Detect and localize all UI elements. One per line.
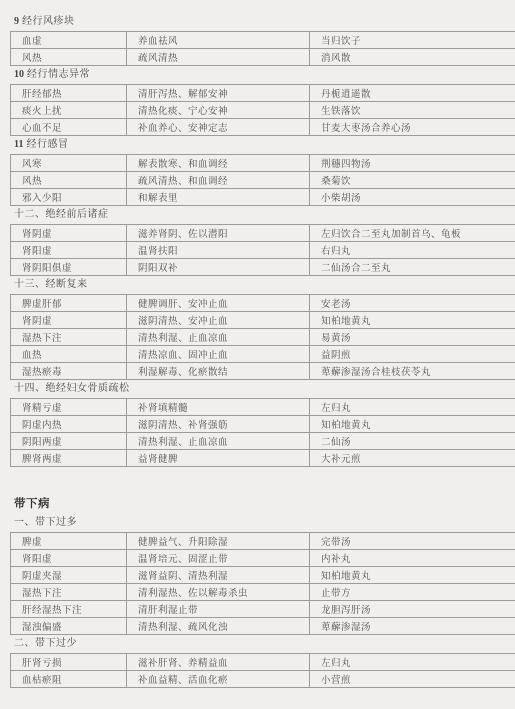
formula-cell: 小柴胡汤: [310, 189, 515, 206]
syndrome-cell: 肝肾亏损: [11, 654, 127, 671]
table-row: 痰火上扰清热化痰、宁心安神生铁落饮: [11, 102, 515, 119]
syndrome-cell: 血虚: [11, 32, 127, 49]
syndrome-cell: 湿热瘀毒: [11, 363, 127, 380]
formula-cell: 左归丸: [310, 399, 515, 416]
treatment-cell: 疏风清热: [127, 49, 310, 66]
treatment-cell: 补肾填精髓: [127, 399, 310, 416]
table-row: 风寒解表散寒、和血调经荆穗四物汤: [11, 155, 515, 172]
treatment-cell: 健脾调肝、安冲止血: [127, 295, 310, 312]
treatment-cell: 清热利湿、疏风化浊: [127, 618, 310, 635]
treatment-cell: 阴阳双补: [127, 259, 310, 276]
formula-cell: 萆薢渗湿汤: [310, 618, 515, 635]
formula-cell: 益阴煎: [310, 346, 515, 363]
syndrome-cell: 肾精亏虚: [11, 399, 127, 416]
formula-cell: 知柏地黄丸: [310, 416, 515, 433]
syndrome-cell: 湿热下注: [11, 329, 127, 346]
table-row: 风热疏风清热消风散: [11, 49, 515, 66]
syndrome-cell: 肾阴阳俱虚: [11, 259, 127, 276]
treatment-cell: 清肝利湿止带: [127, 601, 310, 618]
section-heading: 十四、绝经妇女骨质疏松: [14, 383, 503, 394]
section-title: 十三、经断复来: [14, 279, 88, 290]
formula-cell: 左归饮合二至丸加制首乌、龟板: [310, 225, 515, 242]
formula-cell: 二仙汤: [310, 433, 515, 450]
table-row: 湿热瘀毒利湿解毒、化瘀散结萆薢渗湿汤合桂枝茯苓丸: [11, 363, 515, 380]
formula-cell: 知柏地黄丸: [310, 567, 515, 584]
formula-cell: 甘麦大枣汤合养心汤: [310, 119, 515, 136]
treatment-cell: 滋阴清热、补肾强筋: [127, 416, 310, 433]
table-row: 阴虚内热滋阴清热、补肾强筋知柏地黄丸: [11, 416, 515, 433]
table-row: 肾精亏虚补肾填精髓左归丸: [11, 399, 515, 416]
formula-cell: 桑菊饮: [310, 172, 515, 189]
treatment-cell: 滋养肾阴、佐以潜阳: [127, 225, 310, 242]
section-heading: 10 经行情志异常: [14, 69, 503, 80]
table-row: 风热疏风清热、和血调经桑菊饮: [11, 172, 515, 189]
table-row: 肝经湿热下注清肝利湿止带龙胆泻肝汤: [11, 601, 515, 618]
section-heading: 十二、绝经前后诸症: [14, 209, 503, 220]
section-number: 11: [14, 139, 23, 150]
section-number: 10: [14, 69, 24, 80]
section-title: 二、带下过少: [14, 638, 77, 649]
syndrome-cell: 阴虚内热: [11, 416, 127, 433]
table-row: 肝经郁热清肝泻热、解郁安神丹栀逍遥散: [11, 85, 515, 102]
treatment-cell: 温肾培元、固涩止带: [127, 550, 310, 567]
treatment-cell: 解表散寒、和血调经: [127, 155, 310, 172]
formula-cell: 止带方: [310, 584, 515, 601]
syndrome-cell: 脾肾两虚: [11, 450, 127, 467]
formula-cell: 当归饮子: [310, 32, 515, 49]
table-row: 湿浊偏盛清热利湿、疏风化浊萆薢渗湿汤: [11, 618, 515, 635]
formula-cell: 右归丸: [310, 242, 515, 259]
table-row: 湿热下注清热利湿、止血凉血易黄汤: [11, 329, 515, 346]
syndrome-formula-table: 脾虚肝郁健脾调肝、安冲止血安老汤肾阴虚滋阴清热、安冲止血知柏地黄丸湿热下注清热利…: [10, 294, 515, 380]
syndrome-cell: 肝经湿热下注: [11, 601, 127, 618]
formula-cell: 内补丸: [310, 550, 515, 567]
syndrome-formula-table: 肝肾亏损滋补肝肾、养精益血左归丸血枯瘀阻补血益精、活血化瘀小营煎: [10, 653, 515, 688]
syndrome-cell: 肝经郁热: [11, 85, 127, 102]
document-page: 9 经行风疹块血虚养血祛风当归饮子风热疏风清热消风散10 经行情志异常肝经郁热清…: [0, 0, 515, 709]
syndrome-cell: 肾阳虚: [11, 242, 127, 259]
chapter-heading: 带下病: [14, 498, 503, 511]
syndrome-cell: 风寒: [11, 155, 127, 172]
formula-cell: 消风散: [310, 49, 515, 66]
syndrome-cell: 湿浊偏盛: [11, 618, 127, 635]
syndrome-cell: 风热: [11, 172, 127, 189]
treatment-cell: 利湿解毒、化瘀散结: [127, 363, 310, 380]
treatment-cell: 补血益精、活血化瘀: [127, 671, 310, 688]
syndrome-cell: 痰火上扰: [11, 102, 127, 119]
syndrome-cell: 阴阳两虚: [11, 433, 127, 450]
table-row: 血热清热凉血、固冲止血益阴煎: [11, 346, 515, 363]
syndrome-formula-table: 风寒解表散寒、和血调经荆穗四物汤风热疏风清热、和血调经桑菊饮邪入少阳和解表里小柴…: [10, 154, 515, 206]
section-title: 十四、绝经妇女骨质疏松: [14, 383, 130, 394]
treatment-cell: 滋肾益阴、清热利湿: [127, 567, 310, 584]
syndrome-cell: 风热: [11, 49, 127, 66]
table-row: 肾阴阳俱虚阴阳双补二仙汤合二至丸: [11, 259, 515, 276]
section-title: 一、带下过多: [14, 517, 77, 528]
syndrome-formula-table: 血虚养血祛风当归饮子风热疏风清热消风散: [10, 31, 515, 66]
treatment-cell: 和解表里: [127, 189, 310, 206]
treatment-cell: 清肝泻热、解郁安神: [127, 85, 310, 102]
formula-cell: 安老汤: [310, 295, 515, 312]
section-heading: 11 经行感冒: [14, 139, 503, 150]
section-heading: 9 经行风疹块: [14, 16, 503, 27]
formula-cell: 易黄汤: [310, 329, 515, 346]
section-title: 十二、绝经前后诸症: [14, 209, 109, 220]
treatment-cell: 养血祛风: [127, 32, 310, 49]
treatment-cell: 滋补肝肾、养精益血: [127, 654, 310, 671]
syndrome-cell: 心血不足: [11, 119, 127, 136]
treatment-cell: 温肾扶阳: [127, 242, 310, 259]
treatment-cell: 清热利湿、止血凉血: [127, 329, 310, 346]
formula-cell: 小营煎: [310, 671, 515, 688]
table-row: 肾阳虚温肾培元、固涩止带内补丸: [11, 550, 515, 567]
syndrome-formula-table: 肝经郁热清肝泻热、解郁安神丹栀逍遥散痰火上扰清热化痰、宁心安神生铁落饮心血不足补…: [10, 84, 515, 136]
section-number: 9: [14, 16, 19, 27]
syndrome-formula-table: 肾精亏虚补肾填精髓左归丸阴虚内热滋阴清热、补肾强筋知柏地黄丸阴阳两虚清热利湿、止…: [10, 398, 515, 467]
syndrome-cell: 血枯瘀阻: [11, 671, 127, 688]
formula-cell: 大补元煎: [310, 450, 515, 467]
treatment-cell: 清热化痰、宁心安神: [127, 102, 310, 119]
table-row: 肝肾亏损滋补肝肾、养精益血左归丸: [11, 654, 515, 671]
section-heading: 十三、经断复来: [14, 279, 503, 290]
syndrome-cell: 肾阴虚: [11, 225, 127, 242]
section-title: 带下病: [14, 498, 50, 510]
formula-cell: 龙胆泻肝汤: [310, 601, 515, 618]
treatment-cell: 清利湿热、佐以解毒杀虫: [127, 584, 310, 601]
table-row: 脾虚健脾益气、升阳除湿完带汤: [11, 533, 515, 550]
syndrome-cell: 脾虚: [11, 533, 127, 550]
treatment-cell: 清热凉血、固冲止血: [127, 346, 310, 363]
treatment-cell: 清热利湿、止血凉血: [127, 433, 310, 450]
section-heading: 一、带下过多: [14, 517, 503, 528]
table-row: 肾阴虚滋养肾阴、佐以潜阳左归饮合二至丸加制首乌、龟板: [11, 225, 515, 242]
section-title: 经行感冒: [26, 139, 68, 150]
table-row: 邪入少阳和解表里小柴胡汤: [11, 189, 515, 206]
treatment-cell: 健脾益气、升阳除湿: [127, 533, 310, 550]
formula-cell: 完带汤: [310, 533, 515, 550]
formula-cell: 荆穗四物汤: [310, 155, 515, 172]
formula-cell: 生铁落饮: [310, 102, 515, 119]
syndrome-cell: 血热: [11, 346, 127, 363]
formula-cell: 萆薢渗湿汤合桂枝茯苓丸: [310, 363, 515, 380]
syndrome-cell: 湿热下注: [11, 584, 127, 601]
syndrome-cell: 阴虚夹湿: [11, 567, 127, 584]
table-row: 阴阳两虚清热利湿、止血凉血二仙汤: [11, 433, 515, 450]
table-row: 肾阳虚温肾扶阳右归丸: [11, 242, 515, 259]
formula-cell: 知柏地黄丸: [310, 312, 515, 329]
table-row: 心血不足补血养心、安神定志甘麦大枣汤合养心汤: [11, 119, 515, 136]
table-row: 阴虚夹湿滋肾益阴、清热利湿知柏地黄丸: [11, 567, 515, 584]
table-row: 脾肾两虚益肾健脾大补元煎: [11, 450, 515, 467]
syndrome-cell: 脾虚肝郁: [11, 295, 127, 312]
syndrome-cell: 邪入少阳: [11, 189, 127, 206]
treatment-cell: 疏风清热、和血调经: [127, 172, 310, 189]
treatment-cell: 滋阴清热、安冲止血: [127, 312, 310, 329]
table-row: 脾虚肝郁健脾调肝、安冲止血安老汤: [11, 295, 515, 312]
formula-cell: 二仙汤合二至丸: [310, 259, 515, 276]
treatment-cell: 益肾健脾: [127, 450, 310, 467]
formula-cell: 左归丸: [310, 654, 515, 671]
syndrome-cell: 肾阳虚: [11, 550, 127, 567]
section-title: 经行情志异常: [27, 69, 90, 80]
syndrome-formula-table: 脾虚健脾益气、升阳除湿完带汤肾阳虚温肾培元、固涩止带内补丸阴虚夹湿滋肾益阴、清热…: [10, 532, 515, 635]
section-heading: 二、带下过少: [14, 638, 503, 649]
table-row: 血枯瘀阻补血益精、活血化瘀小营煎: [11, 671, 515, 688]
table-row: 肾阴虚滋阴清热、安冲止血知柏地黄丸: [11, 312, 515, 329]
formula-cell: 丹栀逍遥散: [310, 85, 515, 102]
section-title: 经行风疹块: [22, 16, 75, 27]
syndrome-formula-table: 肾阴虚滋养肾阴、佐以潜阳左归饮合二至丸加制首乌、龟板肾阳虚温肾扶阳右归丸肾阴阳俱…: [10, 224, 515, 276]
syndrome-cell: 肾阴虚: [11, 312, 127, 329]
treatment-cell: 补血养心、安神定志: [127, 119, 310, 136]
table-row: 湿热下注清利湿热、佐以解毒杀虫止带方: [11, 584, 515, 601]
table-row: 血虚养血祛风当归饮子: [11, 32, 515, 49]
